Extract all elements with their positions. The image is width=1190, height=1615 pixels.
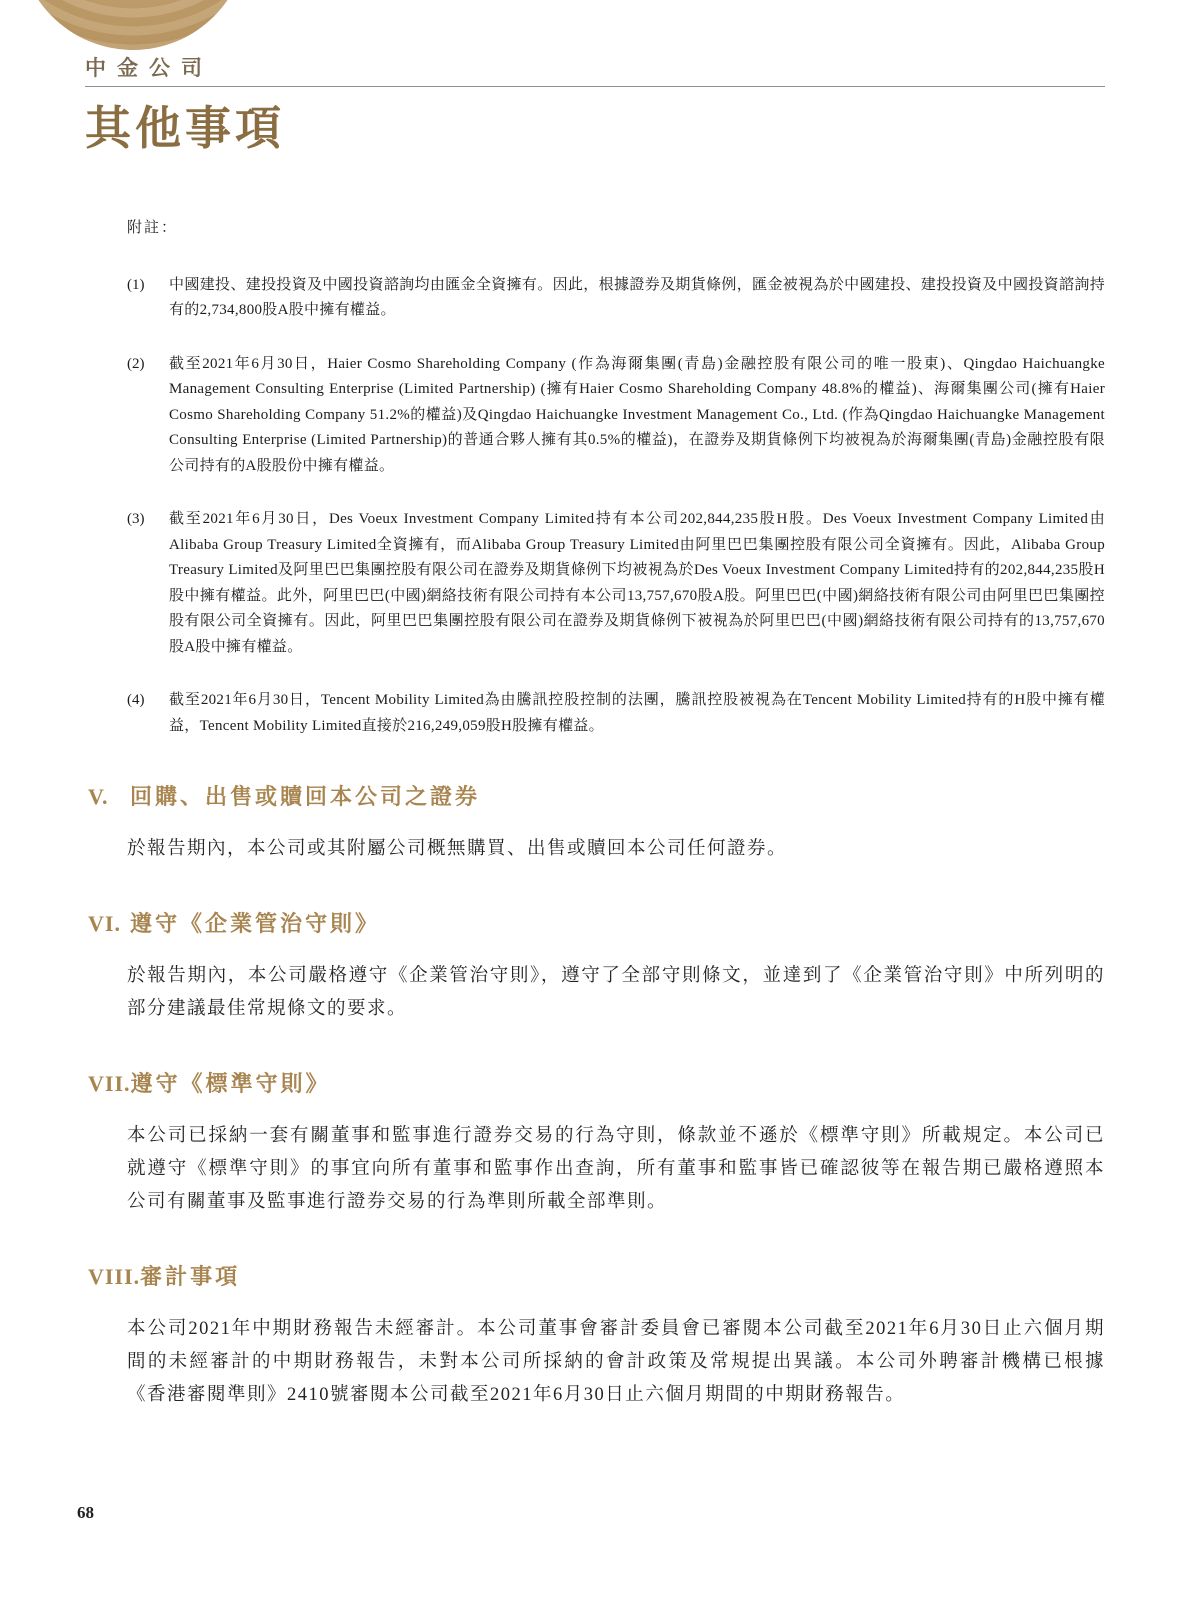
section-numeral: VI. — [88, 910, 130, 938]
section-heading-text: 回購、出售或贖回本公司之證券 — [130, 783, 480, 811]
section-audit-matters: VIII. 審計事項 本公司2021年中期財務報告未經審計。本公司董事會審計委員… — [85, 1263, 1105, 1412]
page-content: 其他事項 附註： (1) 中國建投、建投投資及中國投資諮詢均由匯金全資擁有。因此… — [0, 0, 1190, 1412]
note-item: (3) 截至2021年6月30日，Des Voeux Investment Co… — [127, 507, 1105, 660]
note-item: (1) 中國建投、建投投資及中國投資諮詢均由匯金全資擁有。因此，根據證券及期貨條… — [127, 273, 1105, 324]
report-page: 中金公司 其他事項 附註： (1) 中國建投、建投投資及中國投資諮詢均由匯金全資… — [0, 0, 1190, 1615]
section-corporate-governance: VI. 遵守《企業管治守則》 於報告期內，本公司嚴格遵守《企業管治守則》，遵守了… — [85, 910, 1105, 1026]
section-heading-text: 審計事項 — [140, 1263, 240, 1291]
section-heading-text: 遵守《企業管治守則》 — [130, 910, 380, 938]
note-text: 截至2021年6月30日，Tencent Mobility Limited為由騰… — [169, 688, 1105, 739]
section-heading: V. 回購、出售或贖回本公司之證券 — [88, 783, 1105, 811]
notes-section: 附註： (1) 中國建投、建投投資及中國投資諮詢均由匯金全資擁有。因此，根據證券… — [127, 216, 1105, 739]
section-numeral: VII. — [88, 1070, 131, 1098]
note-number: (3) — [127, 507, 169, 660]
section-paragraph: 於報告期內，本公司或其附屬公司概無購買、出售或贖回本公司任何證券。 — [127, 833, 1105, 866]
section-paragraph: 於報告期內，本公司嚴格遵守《企業管治守則》，遵守了全部守則條文，並達到了《企業管… — [127, 960, 1105, 1026]
section-repurchase: V. 回購、出售或贖回本公司之證券 於報告期內，本公司或其附屬公司概無購買、出售… — [85, 783, 1105, 866]
section-heading: VI. 遵守《企業管治守則》 — [88, 910, 1105, 938]
note-number: (2) — [127, 352, 169, 480]
note-text: 截至2021年6月30日，Haier Cosmo Shareholding Co… — [169, 352, 1105, 480]
note-item: (4) 截至2021年6月30日，Tencent Mobility Limite… — [127, 688, 1105, 739]
section-paragraph: 本公司已採納一套有關董事和監事進行證券交易的行為守則，條款並不遜於《標準守則》所… — [127, 1120, 1105, 1219]
section-heading: VIII. 審計事項 — [88, 1263, 1105, 1291]
note-text: 截至2021年6月30日，Des Voeux Investment Compan… — [169, 507, 1105, 660]
note-item: (2) 截至2021年6月30日，Haier Cosmo Shareholdin… — [127, 352, 1105, 480]
page-number: 68 — [77, 1503, 94, 1523]
note-number: (1) — [127, 273, 169, 324]
page-title: 其他事項 — [85, 100, 1105, 158]
section-heading-text: 遵守《標準守則》 — [131, 1070, 331, 1098]
section-paragraph: 本公司2021年中期財務報告未經審計。本公司董事會審計委員會已審閱本公司截至20… — [127, 1313, 1105, 1412]
notes-label: 附註： — [127, 216, 1105, 242]
note-number: (4) — [127, 688, 169, 739]
section-numeral: VIII. — [88, 1263, 140, 1291]
section-numeral: V. — [88, 783, 130, 811]
section-heading: VII. 遵守《標準守則》 — [88, 1070, 1105, 1098]
note-text: 中國建投、建投投資及中國投資諮詢均由匯金全資擁有。因此，根據證券及期貨條例，匯金… — [169, 273, 1105, 324]
section-model-code: VII. 遵守《標準守則》 本公司已採納一套有關董事和監事進行證券交易的行為守則… — [85, 1070, 1105, 1219]
